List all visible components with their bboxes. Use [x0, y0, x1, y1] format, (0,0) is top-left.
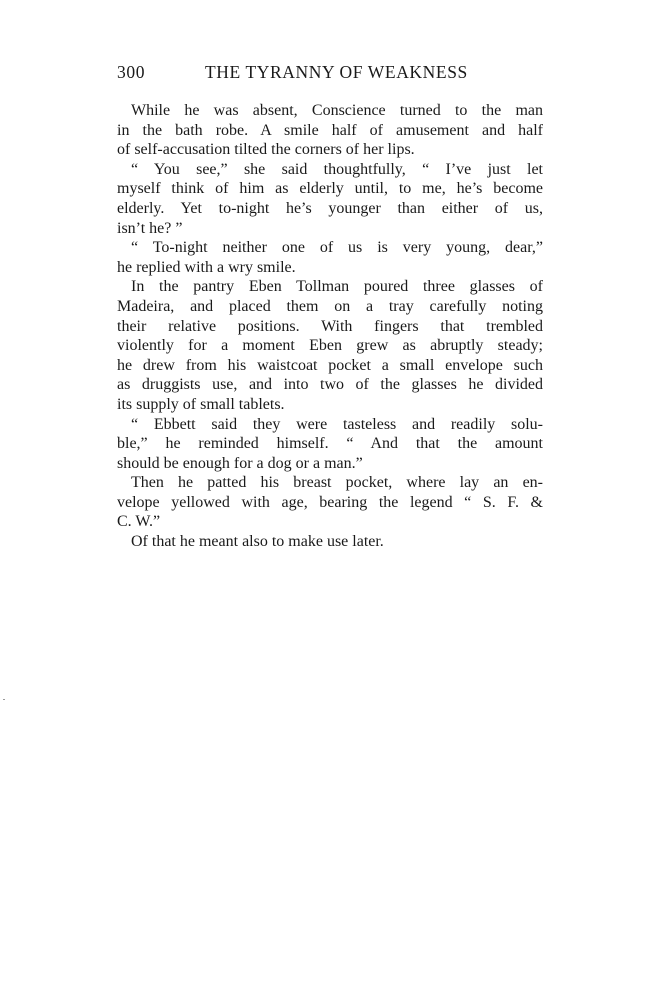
text-line: he replied with a wry smile. [117, 258, 543, 278]
text-line: While he was absent, Conscience turned t… [117, 101, 543, 121]
text-line: Then he patted his breast pocket, where … [117, 473, 543, 493]
page-number: 300 [117, 62, 145, 83]
running-head: 300 THE TYRANNY OF WEAKNESS [117, 62, 545, 84]
text-line: of self-accusation tilted the corners of… [117, 140, 543, 160]
text-line: he drew from his waistcoat pocket a smal… [117, 356, 543, 376]
book-page: 300 THE TYRANNY OF WEAKNESS While he was… [0, 0, 664, 1000]
running-title: THE TYRANNY OF WEAKNESS [205, 62, 468, 83]
text-line: should be enough for a dog or a man.” [117, 454, 543, 474]
text-line: elderly. Yet to-night he’s younger than … [117, 199, 543, 219]
text-line: “ You see,” she said thoughtfully, “ I’v… [117, 160, 543, 180]
text-line: their relative positions. With fingers t… [117, 317, 543, 337]
body-text: While he was absent, Conscience turned t… [117, 101, 543, 552]
scan-speck [3, 699, 5, 700]
text-line: isn’t he? ” [117, 219, 543, 239]
text-line: as druggists use, and into two of the gl… [117, 375, 543, 395]
text-line: velope yellowed with age, bearing the le… [117, 493, 543, 513]
text-line: its supply of small tablets. [117, 395, 543, 415]
text-line: C. W.” [117, 512, 543, 532]
text-line: ble,” he reminded himself. “ And that th… [117, 434, 543, 454]
text-line: “ To-night neither one of us is very you… [117, 238, 543, 258]
text-line: In the pantry Eben Tollman poured three … [117, 277, 543, 297]
text-line: myself think of him as elderly until, to… [117, 179, 543, 199]
text-line: Of that he meant also to make use later. [117, 532, 543, 552]
text-line: in the bath robe. A smile half of amusem… [117, 121, 543, 141]
text-line: “ Ebbett said they were tasteless and re… [117, 415, 543, 435]
text-line: Madeira, and placed them on a tray caref… [117, 297, 543, 317]
text-line: violently for a moment Eben grew as abru… [117, 336, 543, 356]
